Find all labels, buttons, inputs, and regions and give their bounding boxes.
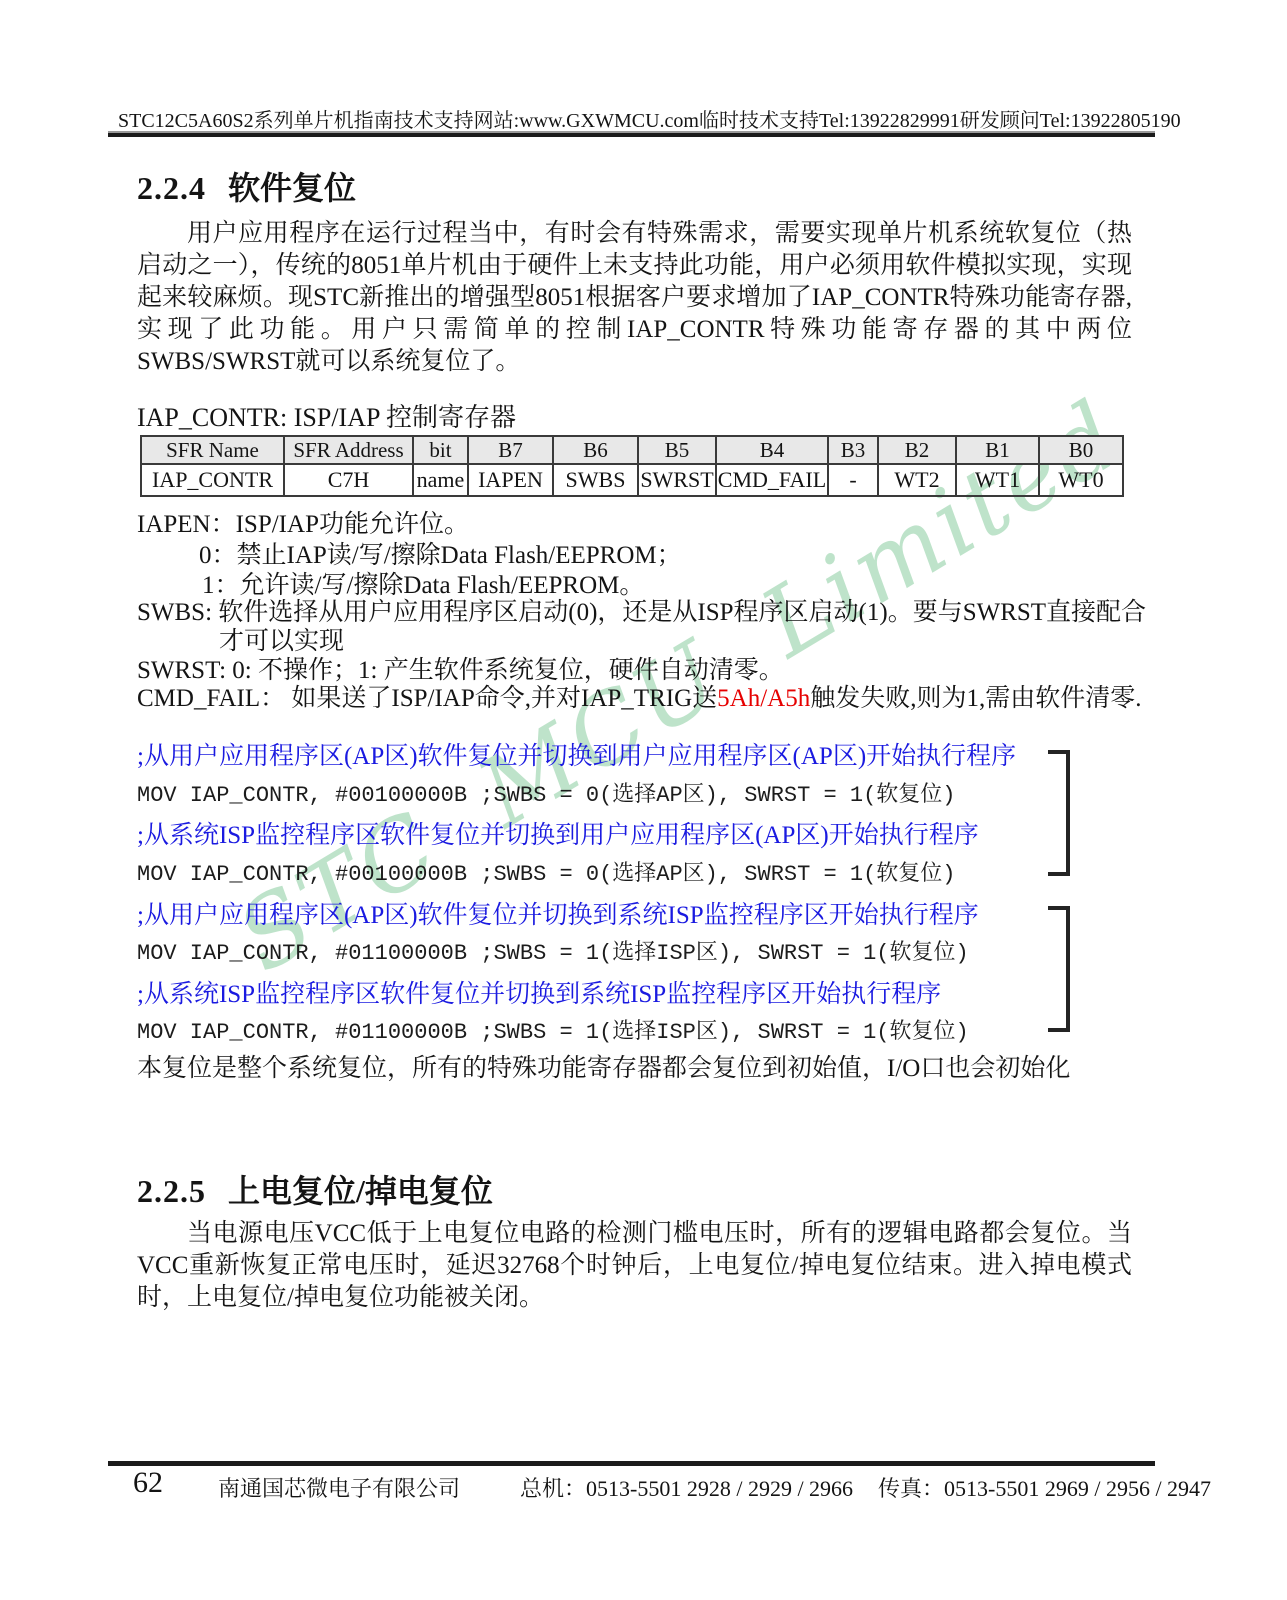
register-table-caption: IAP_CONTR: ISP/IAP 控制寄存器 bbox=[137, 397, 516, 434]
cell-b2: WT2 bbox=[878, 464, 956, 496]
page-header: STC12C5A60S2系列单片机指南 技术支持网站:www.GXWMCU.co… bbox=[118, 104, 1150, 133]
asm-comment-isp-to-isp: ;从系统ISP监控程序区软件复位并切换到系统ISP监控程序区开始执行程序 bbox=[137, 974, 941, 1010]
manual-page: STC MCU Limited STC12C5A60S2系列单片机指南 技术支持… bbox=[0, 0, 1287, 1600]
footer-fax: 传真：0513-5501 2969 / 2956 / 2947 bbox=[878, 1472, 1211, 1503]
col-b0: B0 bbox=[1039, 436, 1123, 464]
header-guide-title: STC12C5A60S2系列单片机指南 bbox=[118, 104, 394, 133]
cell-b3: - bbox=[828, 464, 878, 496]
register-table-header-row: SFR Name SFR Address bit B7 B6 B5 B4 B3 … bbox=[141, 436, 1123, 464]
col-b6: B6 bbox=[553, 436, 638, 464]
cell-b7: IAPEN bbox=[468, 464, 553, 496]
footer-phone: 总机：0513-5501 2928 / 2929 / 2966 bbox=[520, 1472, 853, 1503]
register-table-data-row: IAP_CONTR C7H name IAPEN SWBS SWRST CMD_… bbox=[141, 464, 1123, 496]
footer-page-number: 62 bbox=[133, 1466, 163, 1500]
col-b5: B5 bbox=[638, 436, 716, 464]
group-bracket-to-ap bbox=[1048, 750, 1070, 876]
cmd-fail-prefix: CMD_FAIL： 如果送了ISP/IAP命令,并对IAP_TRIG送 bbox=[137, 685, 717, 712]
section-224-number: 2.2.4 bbox=[137, 170, 206, 207]
asm-mov-ap-to-isp: MOV IAP_CONTR, #01100000B ;SWBS = 1(选择IS… bbox=[137, 935, 969, 966]
section-224-heading: 2.2.4软件复位 bbox=[137, 163, 356, 209]
col-b2: B2 bbox=[878, 436, 956, 464]
asm-mov-ap-to-ap: MOV IAP_CONTR, #00100000B ;SWBS = 0(选择AP… bbox=[137, 777, 956, 808]
col-b7: B7 bbox=[468, 436, 553, 464]
cmd-fail-suffix: 触发失败,则为1,需由软件清零. bbox=[810, 685, 1141, 712]
asm-mov-isp-to-isp: MOV IAP_CONTR, #01100000B ;SWBS = 1(选择IS… bbox=[137, 1014, 969, 1045]
cell-b4: CMD_FAIL bbox=[716, 464, 828, 496]
header-support-site: 技术支持网站:www.GXWMCU.com bbox=[394, 104, 699, 133]
section-225-heading: 2.2.5上电复位/掉电复位 bbox=[137, 1166, 493, 1212]
asm-comment-isp-to-ap: ;从系统ISP监控程序区软件复位并切换到用户应用程序区(AP区)开始执行程序 bbox=[137, 815, 979, 851]
footer-company: 南通国芯微电子有限公司 bbox=[218, 1472, 460, 1503]
col-b1: B1 bbox=[956, 436, 1039, 464]
section-224-paragraph: 用户应用程序在运行过程当中，有时会有特殊需求，需要实现单片机系统软复位（热启动之… bbox=[137, 218, 1132, 378]
cell-sfr-name: IAP_CONTR bbox=[141, 464, 284, 496]
group-bracket-to-isp bbox=[1048, 906, 1070, 1032]
cell-b5: SWRST bbox=[638, 464, 716, 496]
col-b4: B4 bbox=[716, 436, 828, 464]
bit-desc-cmd-fail: CMD_FAIL： 如果送了ISP/IAP命令,并对IAP_TRIG送5Ah/A… bbox=[137, 678, 1141, 714]
section-225-title: 上电复位/掉电复位 bbox=[228, 1173, 493, 1209]
cell-sfr-address: C7H bbox=[284, 464, 413, 496]
section-225-number: 2.2.5 bbox=[137, 1173, 206, 1210]
col-b3: B3 bbox=[828, 436, 878, 464]
section-225-paragraph: 当电源电压VCC低于上电复位电路的检测门槛电压时，所有的逻辑电路都会复位。当VC… bbox=[137, 1218, 1132, 1314]
cell-b0: WT0 bbox=[1039, 464, 1123, 496]
header-rule bbox=[108, 133, 1155, 137]
cell-bit: name bbox=[413, 464, 468, 496]
footer-rule bbox=[108, 1461, 1155, 1466]
cmd-fail-trigger-values: 5Ah/A5h bbox=[717, 685, 810, 712]
col-bit: bit bbox=[413, 436, 468, 464]
asm-comment-ap-to-ap: ;从用户应用程序区(AP区)软件复位并切换到用户应用程序区(AP区)开始执行程序 bbox=[137, 736, 1016, 772]
cell-b1: WT1 bbox=[956, 464, 1039, 496]
iap-contr-register-table: SFR Name SFR Address bit B7 B6 B5 B4 B3 … bbox=[140, 435, 1124, 497]
system-reset-note: 本复位是整个系统复位，所有的特殊功能寄存器都会复位到初始值，I/O口也会初始化 bbox=[137, 1048, 1070, 1084]
asm-mov-isp-to-ap: MOV IAP_CONTR, #00100000B ;SWBS = 0(选择AP… bbox=[137, 856, 956, 887]
cell-b6: SWBS bbox=[553, 464, 638, 496]
col-sfr-name: SFR Name bbox=[141, 436, 284, 464]
header-temp-support-tel: 临时技术支持Tel:13922829991 bbox=[699, 104, 960, 133]
header-consultant-tel: 研发顾问Tel:13922805190 bbox=[960, 104, 1181, 133]
section-224-title: 软件复位 bbox=[228, 170, 356, 206]
col-sfr-address: SFR Address bbox=[284, 436, 413, 464]
asm-comment-ap-to-isp: ;从用户应用程序区(AP区)软件复位并切换到系统ISP监控程序区开始执行程序 bbox=[137, 895, 979, 931]
